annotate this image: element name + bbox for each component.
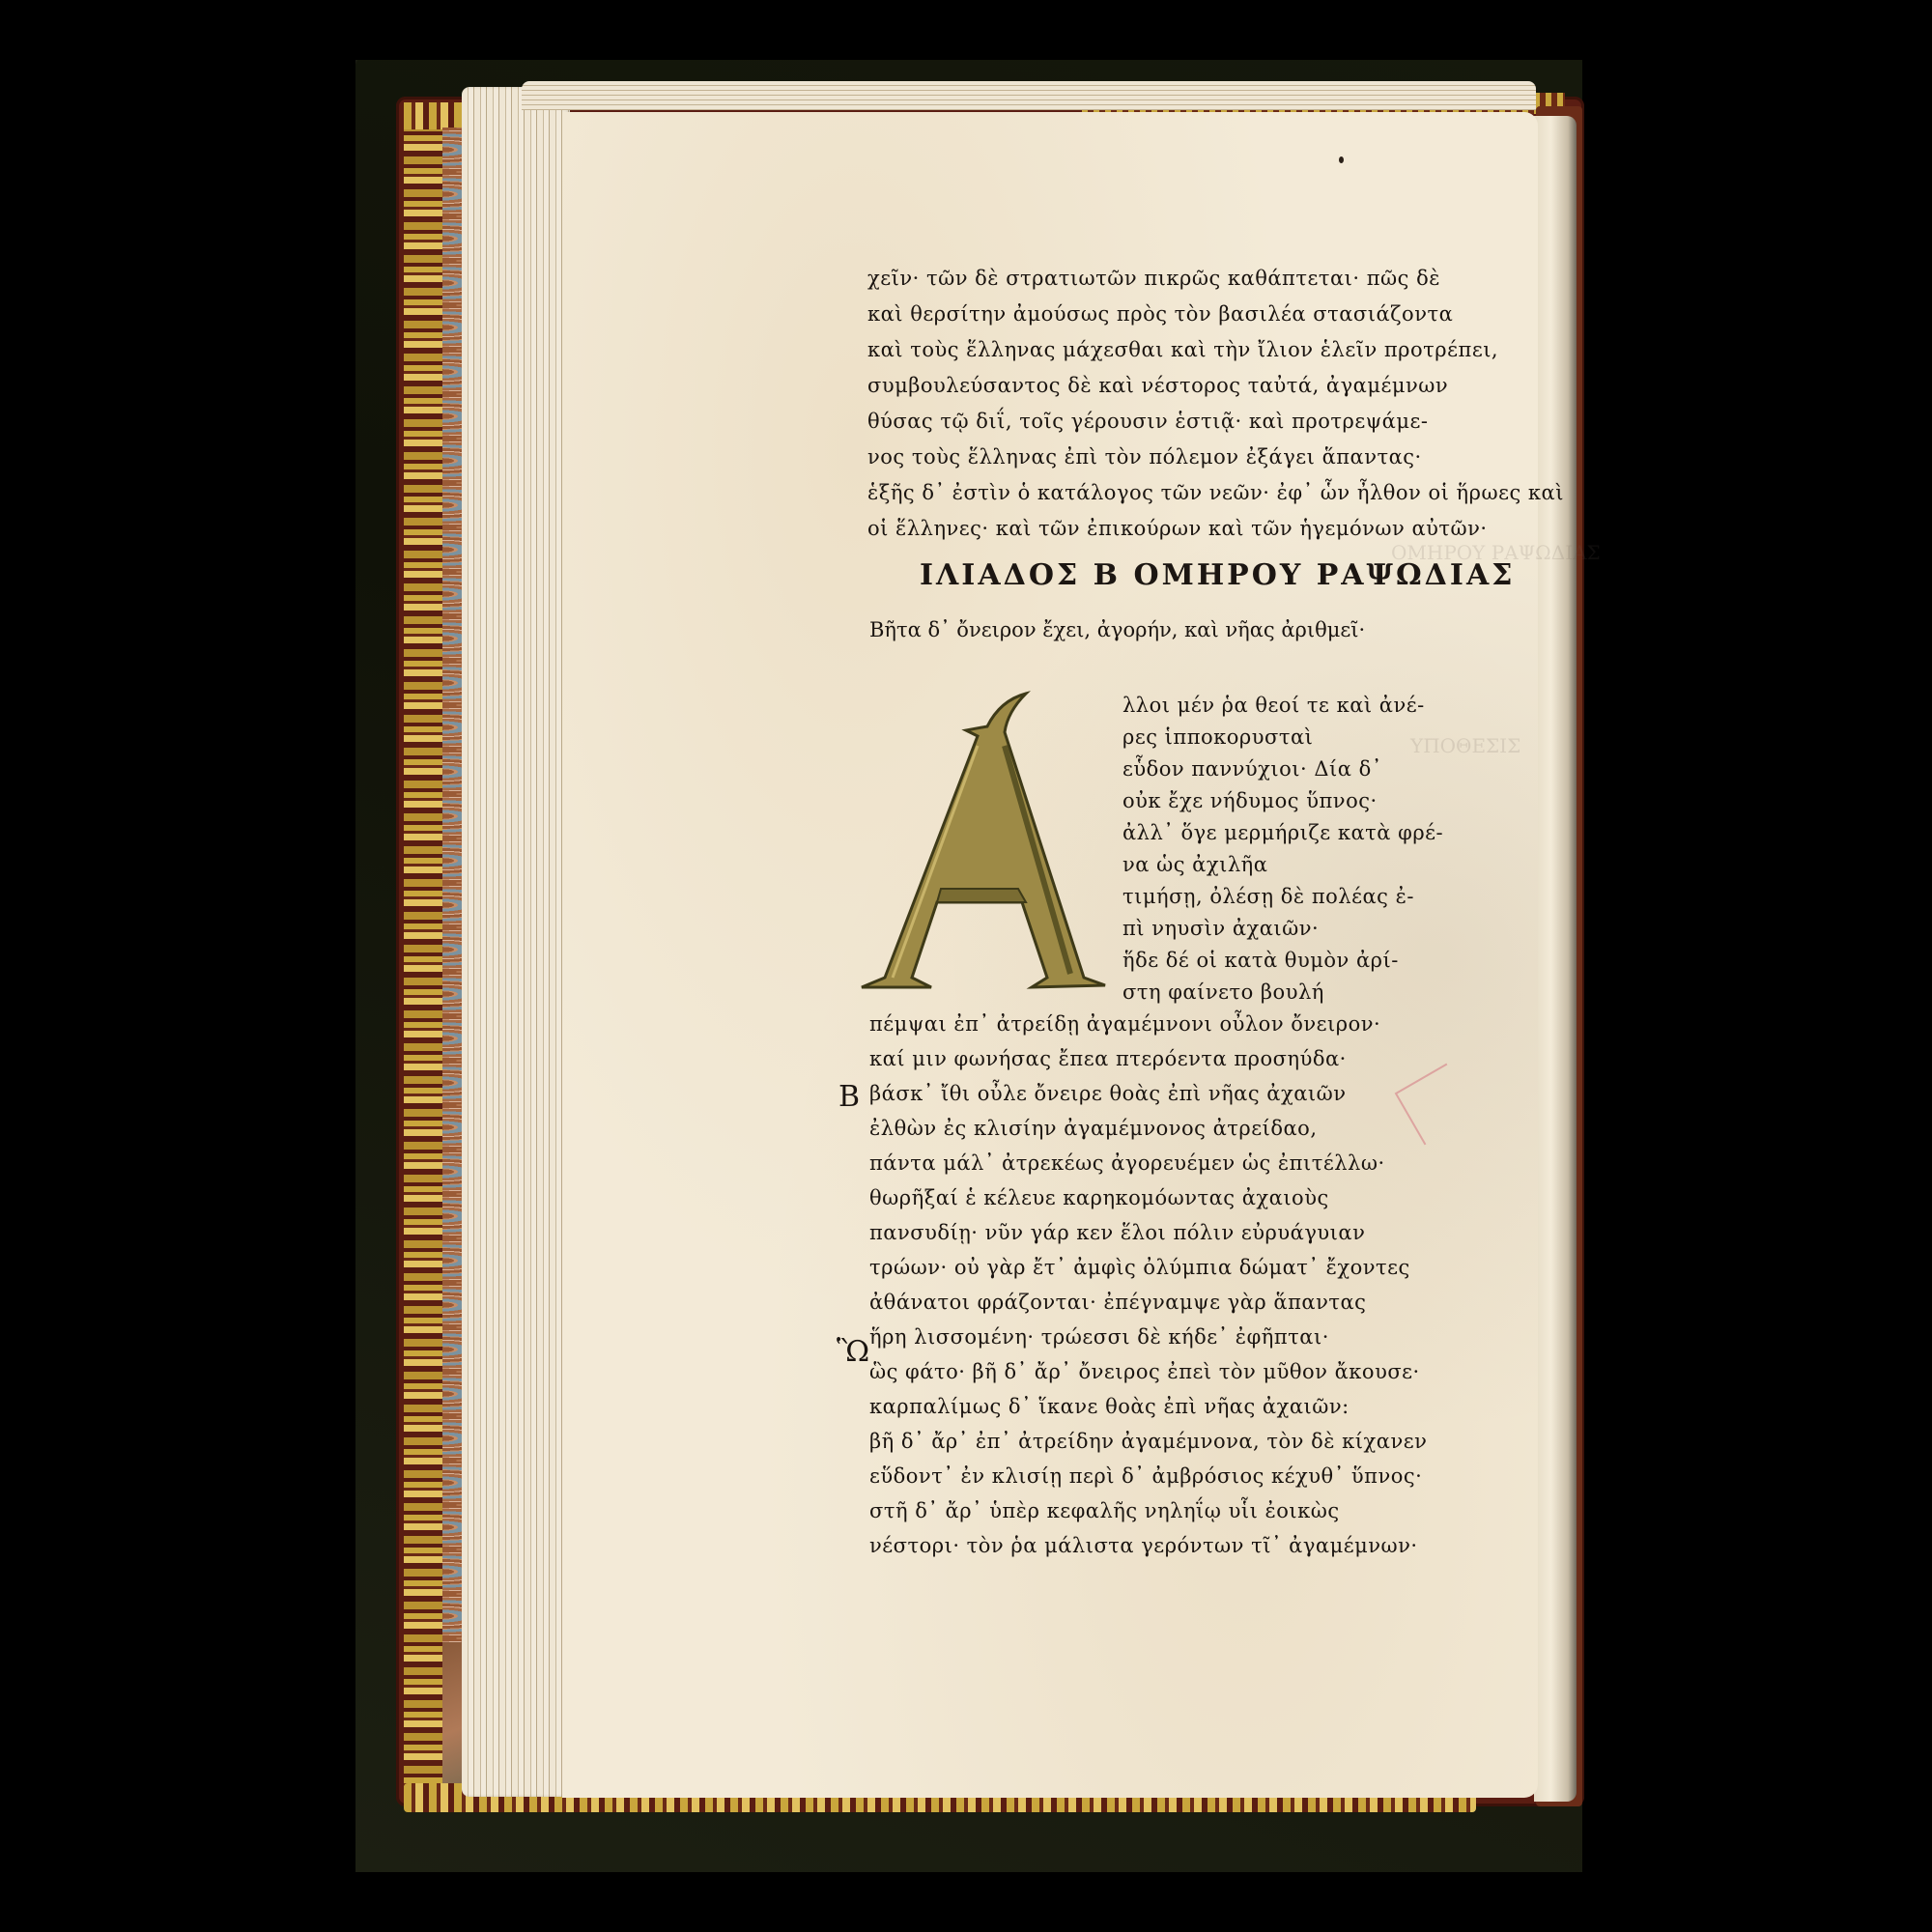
text-line: εὗδον παννύχιοι· Δία δ᾽ [1122, 757, 1382, 781]
text-line: συμβουλεύσαντος δὲ καὶ νέστορος ταὐτά, ἀ… [867, 374, 1448, 397]
margin-initial-omega: Ὣ [837, 1335, 869, 1369]
text-line: χεῖν· τῶν δὲ στρατιωτῶν πικρῶς καθάπτετα… [867, 267, 1440, 290]
text-line: ἥρη λισσομένη· τρώεσσι δὲ κήδε᾽ ἐφῆπται· [869, 1325, 1329, 1349]
text-line: ἥδε δέ οἱ κατὰ θυμὸν ἀρί- [1122, 949, 1399, 972]
text-line: πάντα μάλ᾽ ἀτρεκέως ἀγορευέμεν ὡς ἐπιτέλ… [869, 1151, 1385, 1175]
next-leaf-edge [1534, 116, 1577, 1802]
text-line: πέμψαι ἐπ᾽ ἀτρείδῃ ἀγαμέμνονι οὖλον ὄνει… [869, 1012, 1380, 1036]
text-line: θωρῆξαί ἑ κέλευε καρηκομόωντας ἀχαιοὺς [869, 1186, 1329, 1209]
gilt-border-left [404, 102, 442, 1795]
page-stack-edge [462, 87, 570, 1797]
text-line: πανσυδίῃ· νῦν γάρ κεν ἕλοι πόλιν εὐρυάγυ… [869, 1221, 1365, 1244]
book-subheading: Βῆτα δ᾽ ὄνειρον ἔχει, ἀγορήν, καὶ νῆας ἀ… [869, 618, 1365, 641]
margin-initial-beta: Β [838, 1080, 860, 1114]
text-line: τρώων· οὐ γὰρ ἔτ᾽ ἀμφὶς ὀλύμπια δώματ᾽ ἔ… [869, 1256, 1410, 1279]
page-stack-top [522, 81, 1536, 110]
text-line: τιμήσῃ, ὀλέσῃ δὲ πολέας ἐ- [1122, 885, 1414, 908]
text-line: ὣς φάτο· βῆ δ᾽ ἄρ᾽ ὄνειρος ἐπεὶ τὸν μῦθο… [869, 1360, 1420, 1383]
book-heading: ΙΛΙΑΔΟΣ Β ΟΜΗΡΟΥ ΡΑΨΩΔΙΑΣ [920, 558, 1515, 592]
decorated-initial-alpha-icon [842, 688, 1122, 997]
text-line: καρπαλίμως δ᾽ ἵκανε θοὰς ἐπὶ νῆας ἀχαιῶν… [869, 1395, 1350, 1418]
text-line: ρες ἱπποκορυσταὶ [1122, 725, 1313, 749]
text-line: νέστορι· τὸν ῥα μάλιστα γερόντων τῖ᾽ ἀγα… [869, 1534, 1418, 1557]
text-line: ἀθάνατοι φράζονται· ἐπέγναμψε γὰρ ἅπαντα… [869, 1291, 1366, 1314]
text-line: λλοι μέν ῥα θεοί τε καὶ ἀνέ- [1122, 694, 1425, 717]
ink-dot [1339, 156, 1344, 163]
text-line: βῆ δ᾽ ἄρ᾽ ἐπ᾽ ἀτρείδην ἀγαμέμνονα, τὸν δ… [869, 1430, 1427, 1453]
text-line: εὕδοντ᾽ ἐν κλισίῃ περὶ δ᾽ ἀμβρόσιος κέχυ… [869, 1464, 1422, 1488]
text-line: οἱ ἕλληνες· καὶ τῶν ἐπικούρων καὶ τῶν ἡγ… [867, 517, 1488, 540]
text-line: οὐκ ἔχε νήδυμος ὕπνος· [1122, 789, 1378, 812]
text-line: ἑξῆς δ᾽ ἐστὶν ὁ κατάλογος τῶν νεῶν· ἐφ᾽ … [867, 481, 1564, 504]
text-line: στῆ δ᾽ ἄρ᾽ ὑπὲρ κεφαλῆς νηληΐῳ υἷι ἐοικὼ… [869, 1499, 1340, 1522]
text-line: καί μιν φωνήσας ἔπεα πτερόεντα προσηύδα· [869, 1047, 1347, 1070]
text-line: στη φαίνετο βουλή [1122, 980, 1324, 1004]
text-line: θύσας τῷ διΐ, τοῖς γέρουσιν ἑστιᾷ· καὶ π… [867, 410, 1428, 433]
text-line: πὶ νηυσὶν ἀχαιῶν· [1122, 917, 1319, 940]
text-line: καὶ τοὺς ἕλληνας μάχεσθαι καὶ τὴν ἴλιον … [867, 338, 1498, 361]
text-line: καὶ θερσίτην ἀμούσως πρὸς τὸν βασιλέα στ… [867, 302, 1453, 326]
text-line: να ὡς ἀχιλῆα [1122, 853, 1267, 876]
bleed-through-text: ΥΠΟΘΕΣΙΣ [1410, 734, 1520, 757]
text-line: νος τοὺς ἕλληνας ἐπὶ τὸν πόλεμον ἐξάγει … [867, 445, 1422, 469]
text-line: βάσκ᾽ ἴθι οὖλε ὄνειρε θοὰς ἐπὶ νῆας ἀχαι… [869, 1082, 1347, 1105]
text-line: ἐλθὼν ἐς κλισίην ἀγαμέμνονος ἀτρείδαο, [869, 1117, 1318, 1140]
text-line: ἀλλ᾽ ὅγε μερμήριζε κατὰ φρέ- [1122, 821, 1443, 844]
